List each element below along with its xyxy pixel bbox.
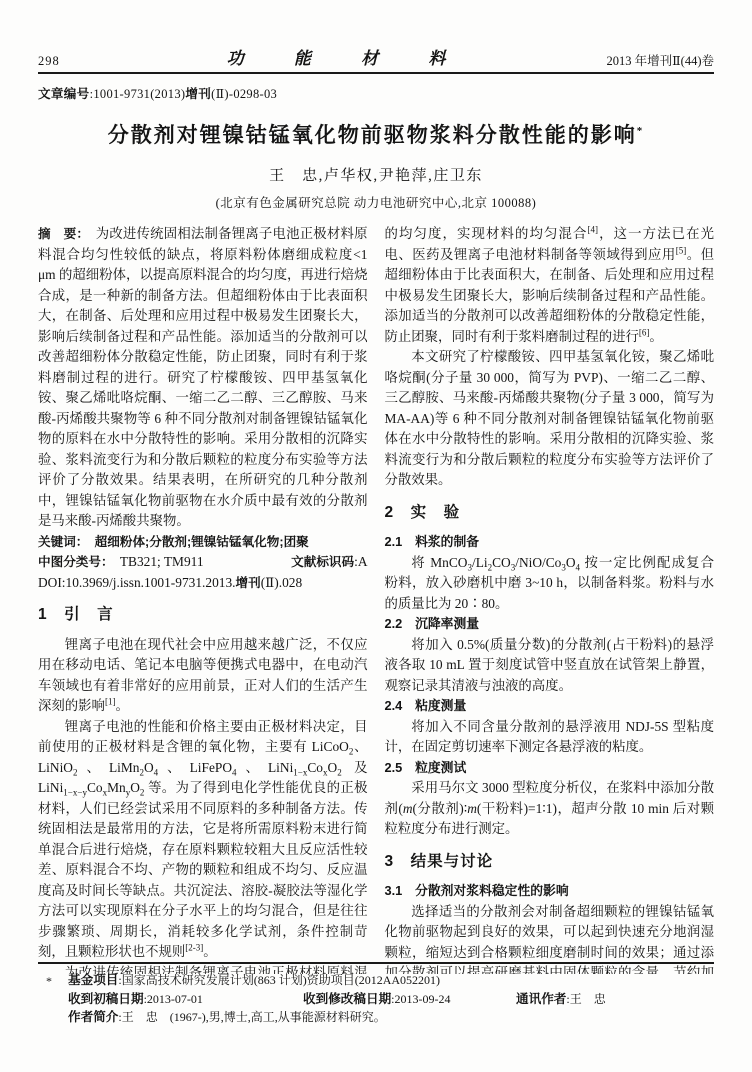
clc-row: 中图分类号： TB321; TM911 文献标识码:A	[38, 552, 368, 573]
subsection-heading-2-2: 2.2 沉降率测量	[385, 614, 715, 635]
footnote-marker: *	[46, 972, 52, 991]
intro-paragraph-1: 锂离子电池在现代社会中应用越来越广泛，不仅应用在移动电话、笔记本电脑等便携式电器…	[38, 635, 368, 717]
scope-paragraph: 本文研究了柠檬酸铵、四甲基氢氧化铵，聚乙烯吡咯烷酮(分子量 30 000，简写为…	[385, 347, 715, 491]
paper-title-text: 分散剂对锂镍钴锰氧化物前驱物浆料分散性能的影响	[108, 123, 637, 147]
dates-line: 收到初稿日期:2013-07-01 收到修改稿日期:2013-09-24 通讯作…	[68, 990, 714, 1009]
author-bio-line: 作者简介:王 忠 (1967-),男,博士,高工,从事能源材料研究。	[68, 1008, 714, 1027]
running-head: 298 功 能 材 料 2013 年增刊Ⅱ(44)卷	[38, 44, 714, 69]
left-column: 摘 要： 为改进传统固相法制备锂离子电池正极材料原料混合均匀性较低的缺点，将原料…	[38, 224, 368, 974]
section-heading-experiment: 2 实 验	[385, 503, 715, 524]
corresponding-author: 通讯作者:王 忠	[516, 992, 606, 1006]
subsection-heading-2-1: 2.1 料浆的制备	[385, 532, 715, 553]
fund-project-line: 基金项目:国家高技术研究发展计划(863 计划)资助项目(2012AA05220…	[68, 971, 714, 990]
document-code: 文献标识码:A	[291, 552, 367, 573]
keywords-line: 关键词： 超细粉体;分散剂;锂镍钴锰氧化物;团聚	[38, 532, 368, 553]
header-rule	[38, 72, 714, 74]
received-date: 收到初稿日期:2013-07-01	[68, 990, 300, 1009]
section-heading-introduction: 1 引 言	[38, 605, 368, 626]
subsection-heading-2-5: 2.5 粒度测试	[385, 758, 715, 779]
issue-info: 2013 年增刊Ⅱ(44)卷	[554, 51, 714, 69]
paper-page: 298 功 能 材 料 2013 年增刊Ⅱ(44)卷 文章编号:1001-973…	[0, 0, 752, 1072]
right-column: 的均匀度，实现材料的均匀混合[4]，这一方法已在光电、医药及锂离子电池材料制备等…	[385, 224, 715, 974]
footnote-block: * 基金项目:国家高技术研究发展计划(863 计划)资助项目(2012AA052…	[38, 962, 714, 1027]
intro-paragraph-2: 锂离子电池的性能和价格主要由正极材料决定，目前使用的正极材料是含锂的氧化物，主要…	[38, 717, 368, 963]
slurry-preparation-paragraph: 将 MnCO3/Li2CO3/NiO/Co3O4 按一定比例配成复合粉料，放入砂…	[385, 553, 715, 615]
section-heading-results: 3 结果与讨论	[385, 852, 715, 873]
authors-line: 王 忠,卢华权,尹艳萍,庄卫东	[38, 164, 714, 185]
journal-name: 功 能 材 料	[128, 44, 554, 69]
sedimentation-paragraph: 将加入 0.5%(质量分数)的分散剂(占干粉料)的悬浮液各取 10 mL 置于刻…	[385, 635, 715, 697]
clc-number: 中图分类号： TB321; TM911	[38, 552, 204, 573]
paper-title: 分散剂对锂镍钴锰氧化物前驱物浆料分散性能的影响*	[38, 119, 714, 149]
viscosity-paragraph: 将加入不同含量分散剂的悬浮液用 NDJ-5S 型粘度计，在固定剪切速率下测定各悬…	[385, 717, 715, 758]
body-columns: 摘 要： 为改进传统固相法制备锂离子电池正极材料原料混合均匀性较低的缺点，将原料…	[38, 224, 714, 974]
page-number: 298	[38, 54, 128, 69]
article-id: 文章编号:1001-9731(2013)增刊(Ⅱ)-0298-03	[38, 83, 714, 102]
subsection-heading-3-1: 3.1 分散剂对浆料稳定性的影响	[385, 881, 715, 902]
affiliation-line: (北京有色金属研究总院 动力电池研究中心,北京 100088)	[38, 193, 714, 211]
particle-size-paragraph: 采用马尔文 3000 型粒度分析仪，在浆料中添加分散剂(m(分散剂)∶m(干粉料…	[385, 778, 715, 840]
continuation-paragraph: 的均匀度，实现材料的均匀混合[4]，这一方法已在光电、医药及锂离子电池材料制备等…	[385, 224, 715, 347]
title-footnote-mark: *	[637, 125, 645, 137]
subsection-heading-2-4: 2.4 粘度测量	[385, 696, 715, 717]
doi-line: DOI:10.3969/j.issn.1001-9731.2013.增刊(Ⅱ).…	[38, 573, 368, 594]
abstract-paragraph: 摘 要： 为改进传统固相法制备锂离子电池正极材料原料混合均匀性较低的缺点，将原料…	[38, 224, 368, 532]
revised-date: 收到修改稿日期:2013-09-24	[303, 990, 513, 1009]
